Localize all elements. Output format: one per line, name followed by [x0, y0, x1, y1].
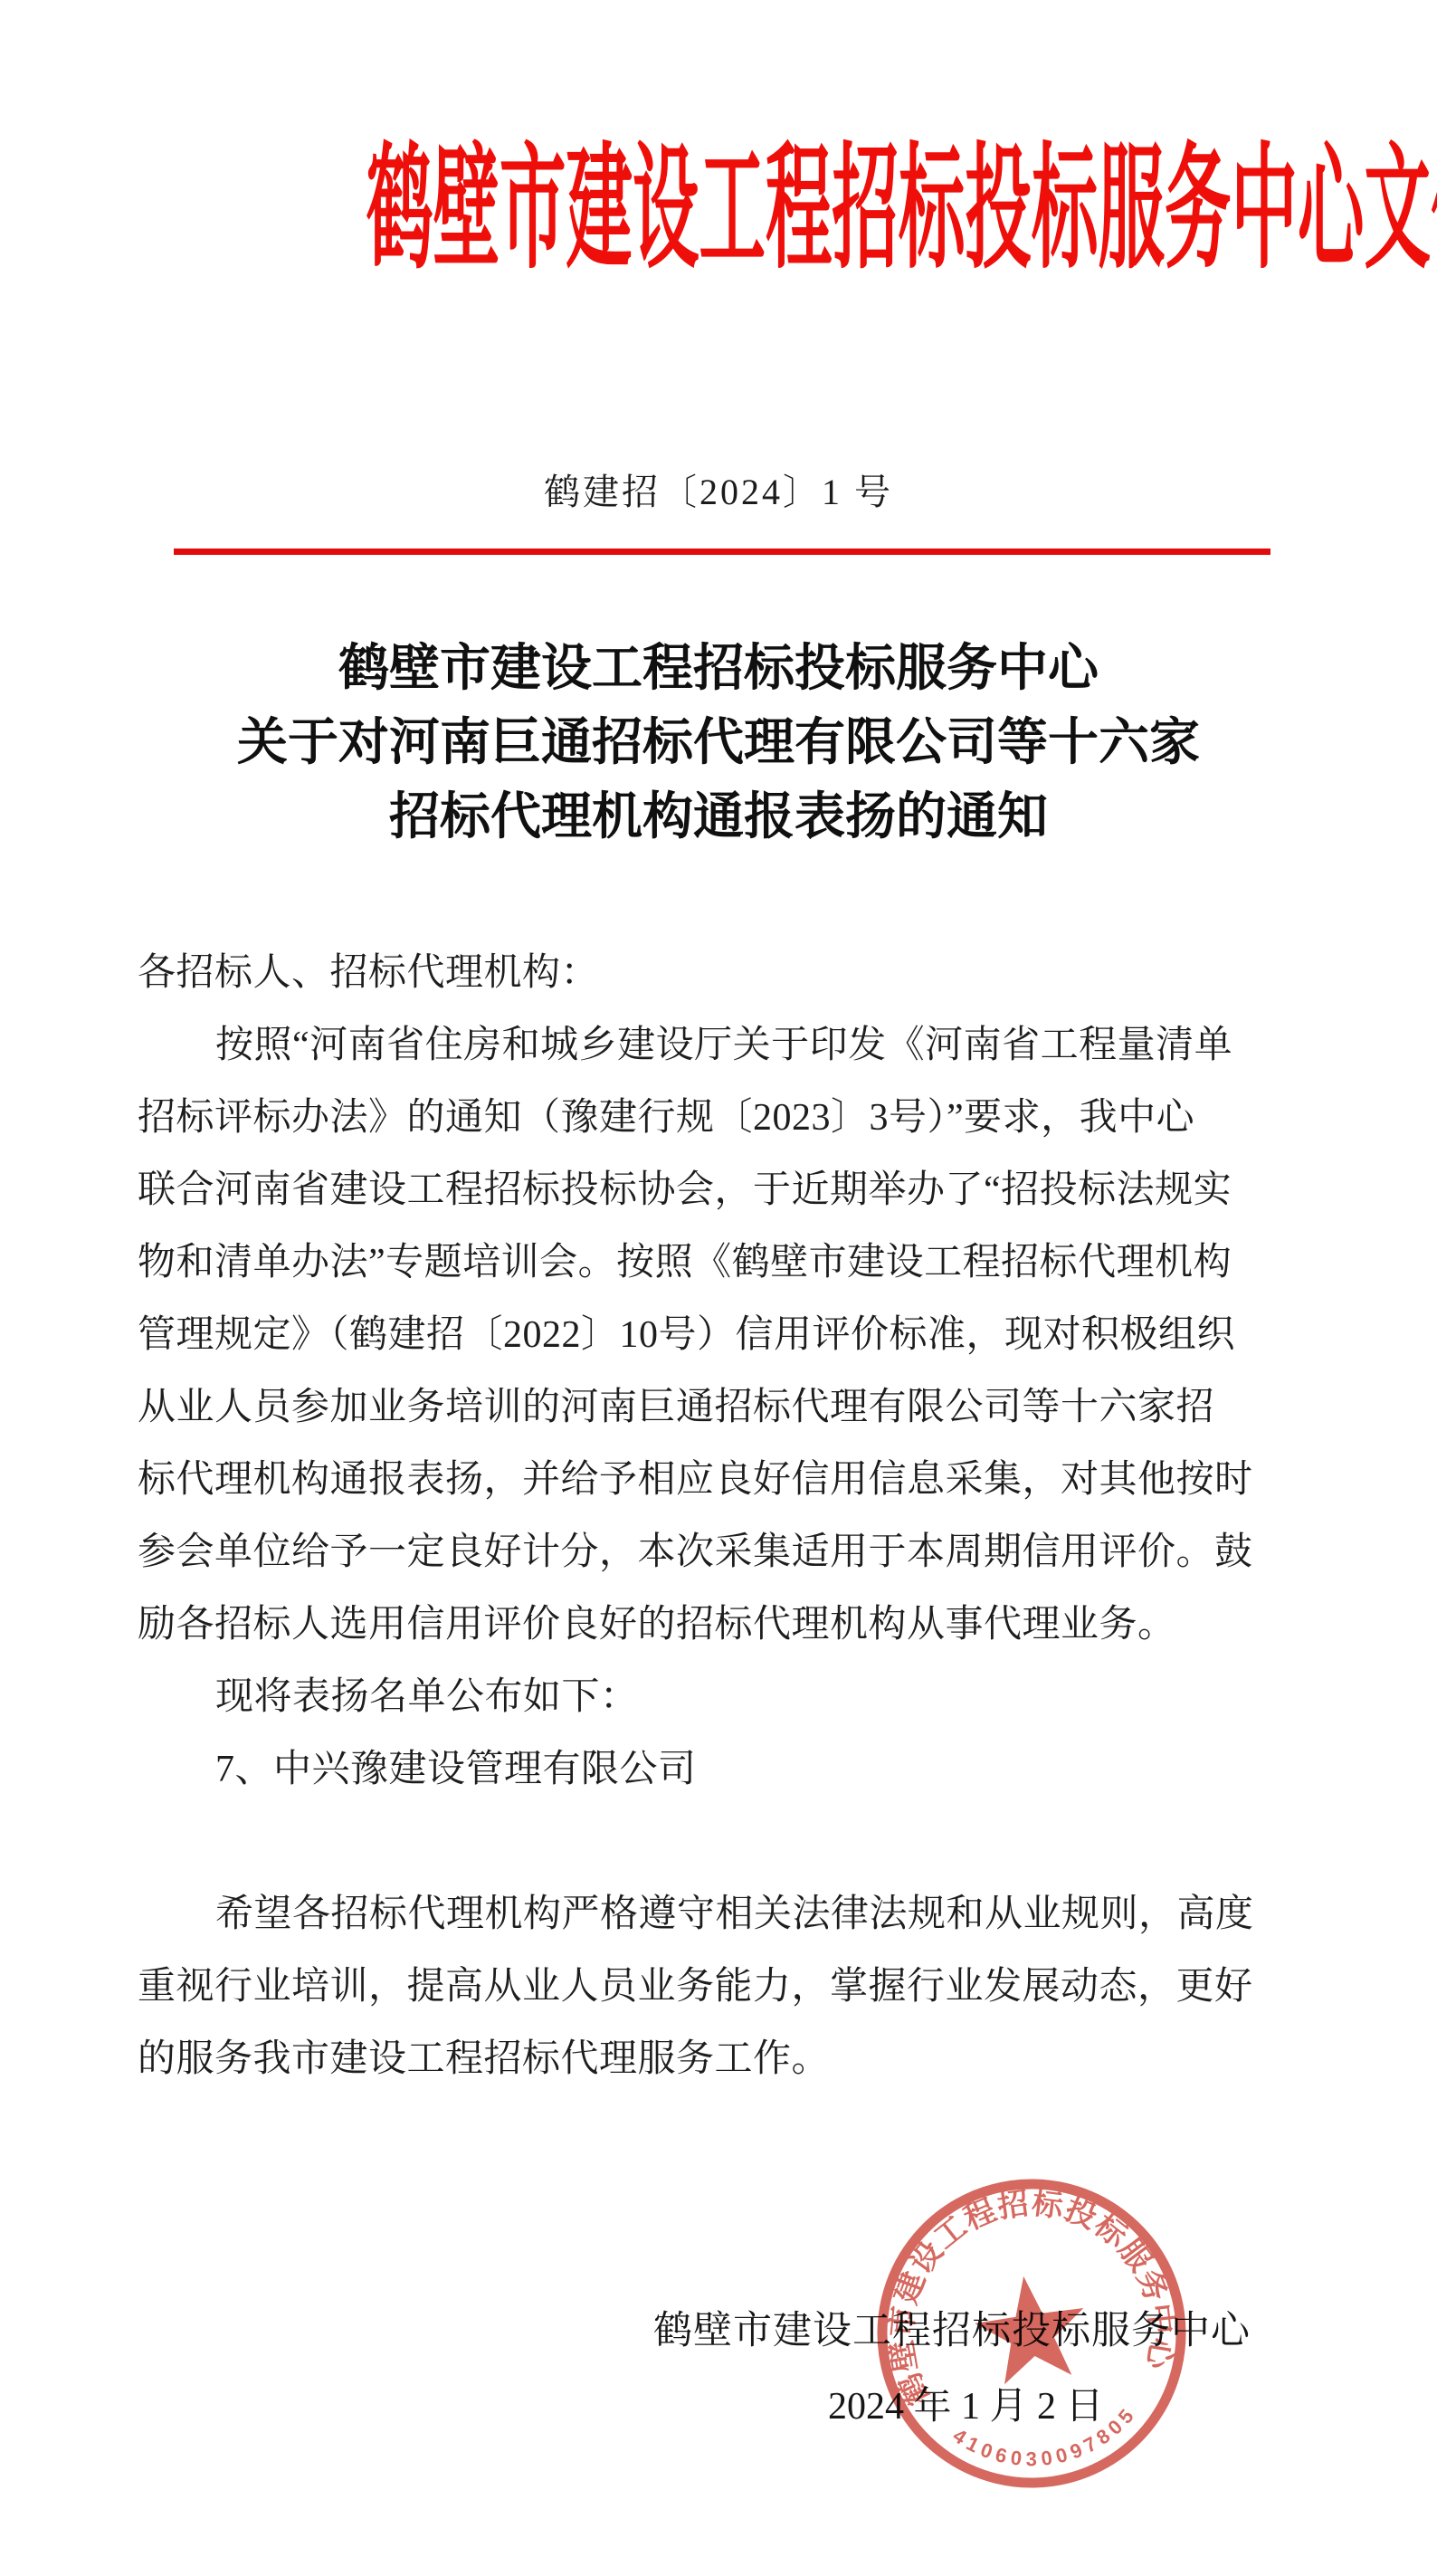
red-header-title: 鹤壁市建设工程招标投标服务中心文件	[366, 138, 1071, 282]
body-line: 的服务我市建设工程招标代理服务工作。	[138, 2023, 1314, 2095]
body-line: 从业人员参加业务培训的河南巨通招标代理有限公司等十六家招	[138, 1371, 1314, 1444]
body-line: 现将表扬名单公布如下：	[138, 1661, 1314, 1733]
notice-body: 各招标人、招标代理机构： 按照“河南省住房和城乡建设厅关于印发《河南省工程量清单…	[138, 937, 1314, 2095]
salutation-line: 各招标人、招标代理机构：	[138, 937, 1314, 1009]
seal-star-icon	[969, 2268, 1092, 2387]
document-page: 鹤壁市建设工程招标投标服务中心文件 鹤建招〔2024〕1 号 鹤壁市建设工程招标…	[0, 0, 1437, 2576]
body-line: 励各招标人选用信用评价良好的招标代理机构从事代理业务。	[138, 1589, 1314, 1661]
notice-title-line-1: 鹤壁市建设工程招标投标服务中心	[0, 632, 1437, 706]
notice-title-line-3: 招标代理机构通报表扬的通知	[0, 780, 1437, 854]
blank-line	[138, 1806, 1314, 1878]
doc-number: 鹤建招〔2024〕1 号	[0, 471, 1437, 514]
body-line: 重视行业培训，提高从业人员业务能力，掌握行业发展动态，更好	[138, 1951, 1314, 2023]
notice-title-line-2: 关于对河南巨通招标代理有限公司等十六家	[0, 706, 1437, 780]
body-line: 物和清单办法”专题培训会。按照《鹤壁市建设工程招标代理机构	[138, 1226, 1314, 1299]
commended-agency-item: 7、中兴豫建设管理有限公司	[138, 1733, 1314, 1806]
red-divider-line	[174, 549, 1270, 555]
body-line: 联合河南省建设工程招标投标协会，于近期举办了“招投标法规实	[138, 1154, 1314, 1226]
official-seal: 鹤壁市建设工程招标投标服务中心 4106030097805	[852, 2154, 1211, 2513]
body-line: 招标评标办法》的通知（豫建行规〔2023〕3号）”要求，我中心	[138, 1082, 1314, 1154]
body-line: 按照“河南省住房和城乡建设厅关于印发《河南省工程量清单	[138, 1009, 1314, 1082]
body-line: 管理规定》（鹤建招〔2022〕10号）信用评价标准，现对积极组织	[138, 1299, 1314, 1371]
body-line: 标代理机构通报表扬，并给予相应良好信用信息采集，对其他按时	[138, 1444, 1314, 1516]
notice-title: 鹤壁市建设工程招标投标服务中心 关于对河南巨通招标代理有限公司等十六家 招标代理…	[0, 632, 1437, 854]
body-line: 参会单位给予一定良好计分，本次采集适用于本周期信用评价。鼓	[138, 1516, 1314, 1589]
body-line: 希望各招标代理机构严格遵守相关法律法规和从业规则，高度	[138, 1878, 1314, 1951]
